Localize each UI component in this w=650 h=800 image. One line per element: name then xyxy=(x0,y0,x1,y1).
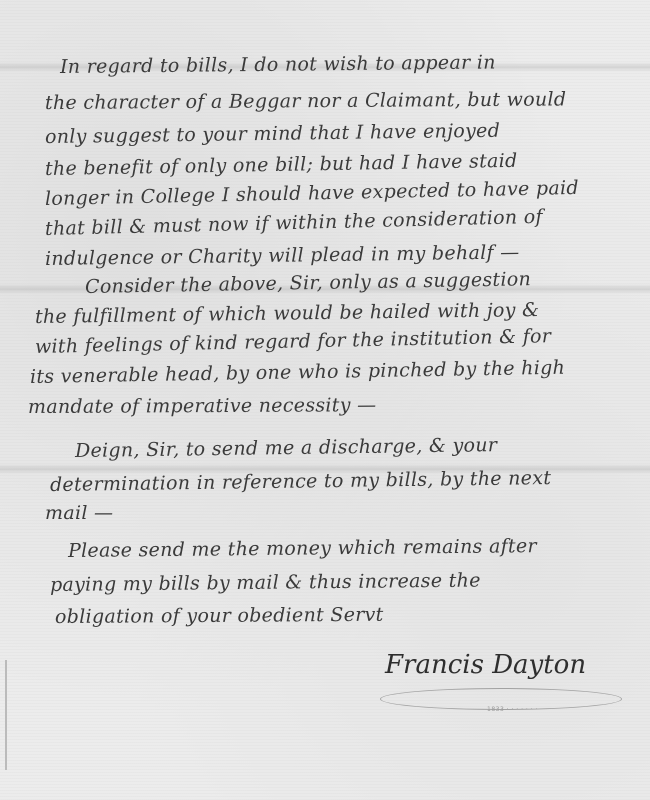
letter-line: the fulfillment of which would be hailed… xyxy=(35,299,540,328)
letter-line: longer in College I should have expected… xyxy=(45,177,579,210)
signature: Francis Dayton xyxy=(385,650,586,680)
letter-line: obligation of your obedient Servt xyxy=(55,604,384,628)
margin-mark xyxy=(5,660,7,770)
letter-line: paying my bills by mail & thus increase … xyxy=(50,569,481,596)
letter-page: In regard to bills, I do not wish to app… xyxy=(0,0,650,800)
letter-line: mandate of imperative necessity — xyxy=(28,394,377,418)
letter-line: the benefit of only one bill; but had I … xyxy=(45,150,518,180)
letter-line: with feelings of kind regard for the ins… xyxy=(35,325,552,358)
letter-line: its venerable head, by one who is pinche… xyxy=(30,357,566,388)
letter-line: mail — xyxy=(45,502,113,524)
letter-line: the character of a Beggar nor a Claimant… xyxy=(45,88,566,114)
letter-line: Deign, Sir, to send me a discharge, & yo… xyxy=(75,434,498,462)
archive-stamp: 1833 · · · · · · · xyxy=(487,706,538,713)
letter-line: only suggest to your mind that I have en… xyxy=(45,120,500,148)
letter-line: Please send me the money which remains a… xyxy=(68,535,537,562)
letter-line: In regard to bills, I do not wish to app… xyxy=(60,51,496,78)
letter-line: indulgence or Charity will plead in my b… xyxy=(45,241,520,270)
letter-line: that bill & must now if within the consi… xyxy=(45,206,543,240)
